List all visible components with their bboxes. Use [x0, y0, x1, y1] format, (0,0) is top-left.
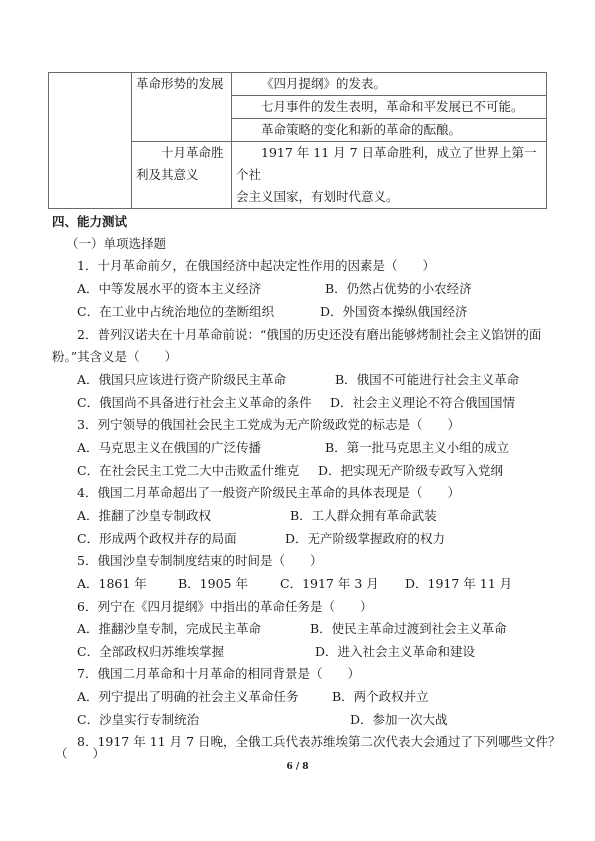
table-cell-topic: 革命形势的发展: [132, 73, 232, 142]
option: B．两个政权并立: [332, 687, 429, 707]
option: C．俄国尚不具备进行社会主义革命的条件: [77, 393, 312, 413]
table-cell-topic: 十月革命胜 利及其意义: [132, 142, 232, 209]
question-stem: 5．俄国沙皇专制制度结束的时间是（ ）: [77, 551, 322, 571]
option: D．1917 年 11 月: [405, 574, 512, 594]
outline-table: 革命形势的发展 《四月提纲》的发表。 七月事件的发生表明，革命和平发展已不可能。…: [48, 72, 547, 209]
option: D．无产阶级掌握政府的权力: [285, 529, 445, 549]
option: A．推翻了沙皇专制政权: [77, 506, 211, 526]
question-stem: 2．普列汉诺夫在十月革命前说：“俄国的历史还没有磨出能够烤制社会主义馅饼的面: [77, 325, 541, 345]
question-stem: 6．列宁在《四月提纲》中指出的革命任务是（ ）: [77, 597, 372, 617]
document-page: 革命形势的发展 《四月提纲》的发表。 七月事件的发生表明，革命和平发展已不可能。…: [0, 0, 595, 841]
table-cell-content: 革命策略的变化和新的革命的酝酿。: [232, 119, 547, 142]
option: C．1917 年 3 月: [280, 574, 379, 594]
question-stem: 7．俄国二月革命和十月革命的相同背景是（ ）: [77, 664, 360, 684]
table-cell-content: 1917 年 11 月 7 日革命胜利，成立了世界上第一个社 会主义国家，有划时…: [232, 142, 547, 209]
option: B．1905 年: [178, 574, 248, 594]
option: C．沙皇实行专制统治: [77, 710, 199, 730]
question-stem-continued: 粉。”其含义是（ ）: [52, 347, 177, 367]
option: A．中等发展水平的资本主义经济: [77, 279, 261, 299]
question-stem: 4．俄国二月革命超出了一般资产阶级民主革命的具体表现是（ ）: [77, 483, 460, 503]
option: C．在社会民主工党二大中击败孟什维克: [77, 461, 299, 481]
question-stem: 1．十月革命前夕，在俄国经济中起决定性作用的因素是（ ）: [77, 256, 435, 276]
option: D．参加一次大战: [350, 710, 448, 730]
section-subtitle: （一）单项选择题: [66, 234, 166, 254]
content-text: 革命策略的变化和新的革命的酝酿。: [261, 122, 461, 137]
option: D．把实现无产阶级专政写入党纲: [318, 461, 503, 481]
table-cell-content: 七月事件的发生表明，革命和平发展已不可能。: [232, 96, 547, 119]
option: D．进入社会主义革命和建设: [315, 642, 475, 662]
option: C．在工业中占统治地位的垄断组织: [77, 302, 274, 322]
content-text: 《四月提纲》的发表。: [261, 76, 386, 91]
option: D．社会主义理论不符合俄国国情: [330, 393, 515, 413]
option: A．俄国只应该进行资产阶级民主革命: [77, 370, 286, 390]
content-text: 会主义国家，有划时代意义。: [236, 186, 542, 208]
option: A．推翻沙皇专制，完成民主革命: [77, 619, 261, 639]
topic-label: 利及其意义: [136, 164, 227, 186]
option: A．列宁提出了明确的社会主义革命任务: [77, 687, 299, 707]
topic-label: 革命形势的发展: [136, 76, 224, 91]
question-stem: 8．1917 年 11 月 7 日晚，全俄工兵代表苏维埃第二次代表大会通过了下列…: [77, 732, 561, 752]
question-stem: 3．列宁领导的俄国社会民主工党成为无产阶级政党的标志是（ ）: [77, 415, 460, 435]
option: B．工人群众拥有革命武装: [290, 506, 437, 526]
topic-label: 十月革命胜: [136, 142, 227, 164]
option: B．仍然占优势的小农经济: [325, 279, 472, 299]
option: C．全部政权归苏维埃掌握: [77, 642, 224, 662]
content-text: 七月事件的发生表明，革命和平发展已不可能。: [261, 99, 524, 114]
content-text: 1917 年 11 月 7 日革命胜利，成立了世界上第一个社: [236, 142, 542, 186]
page-number: 6 / 8: [0, 762, 595, 772]
option: D．外国资本操纵俄国经济: [320, 302, 468, 322]
option: B．第一批马克思主义小组的成立: [325, 438, 509, 458]
option: C．形成两个政权并存的局面: [77, 529, 237, 549]
table-cell-content: 《四月提纲》的发表。: [232, 73, 547, 96]
option: A．1861 年: [77, 574, 147, 594]
table-cell-empty: [49, 73, 132, 209]
option: B．使民主革命过渡到社会主义革命: [310, 619, 507, 639]
question-stem-continued: （ ）: [55, 744, 105, 764]
option: B．俄国不可能进行社会主义革命: [335, 370, 519, 390]
option: A．马克思主义在俄国的广泛传播: [77, 438, 261, 458]
table-row: 革命形势的发展 《四月提纲》的发表。: [49, 73, 547, 96]
section-title: 四、能力测试: [52, 212, 127, 232]
